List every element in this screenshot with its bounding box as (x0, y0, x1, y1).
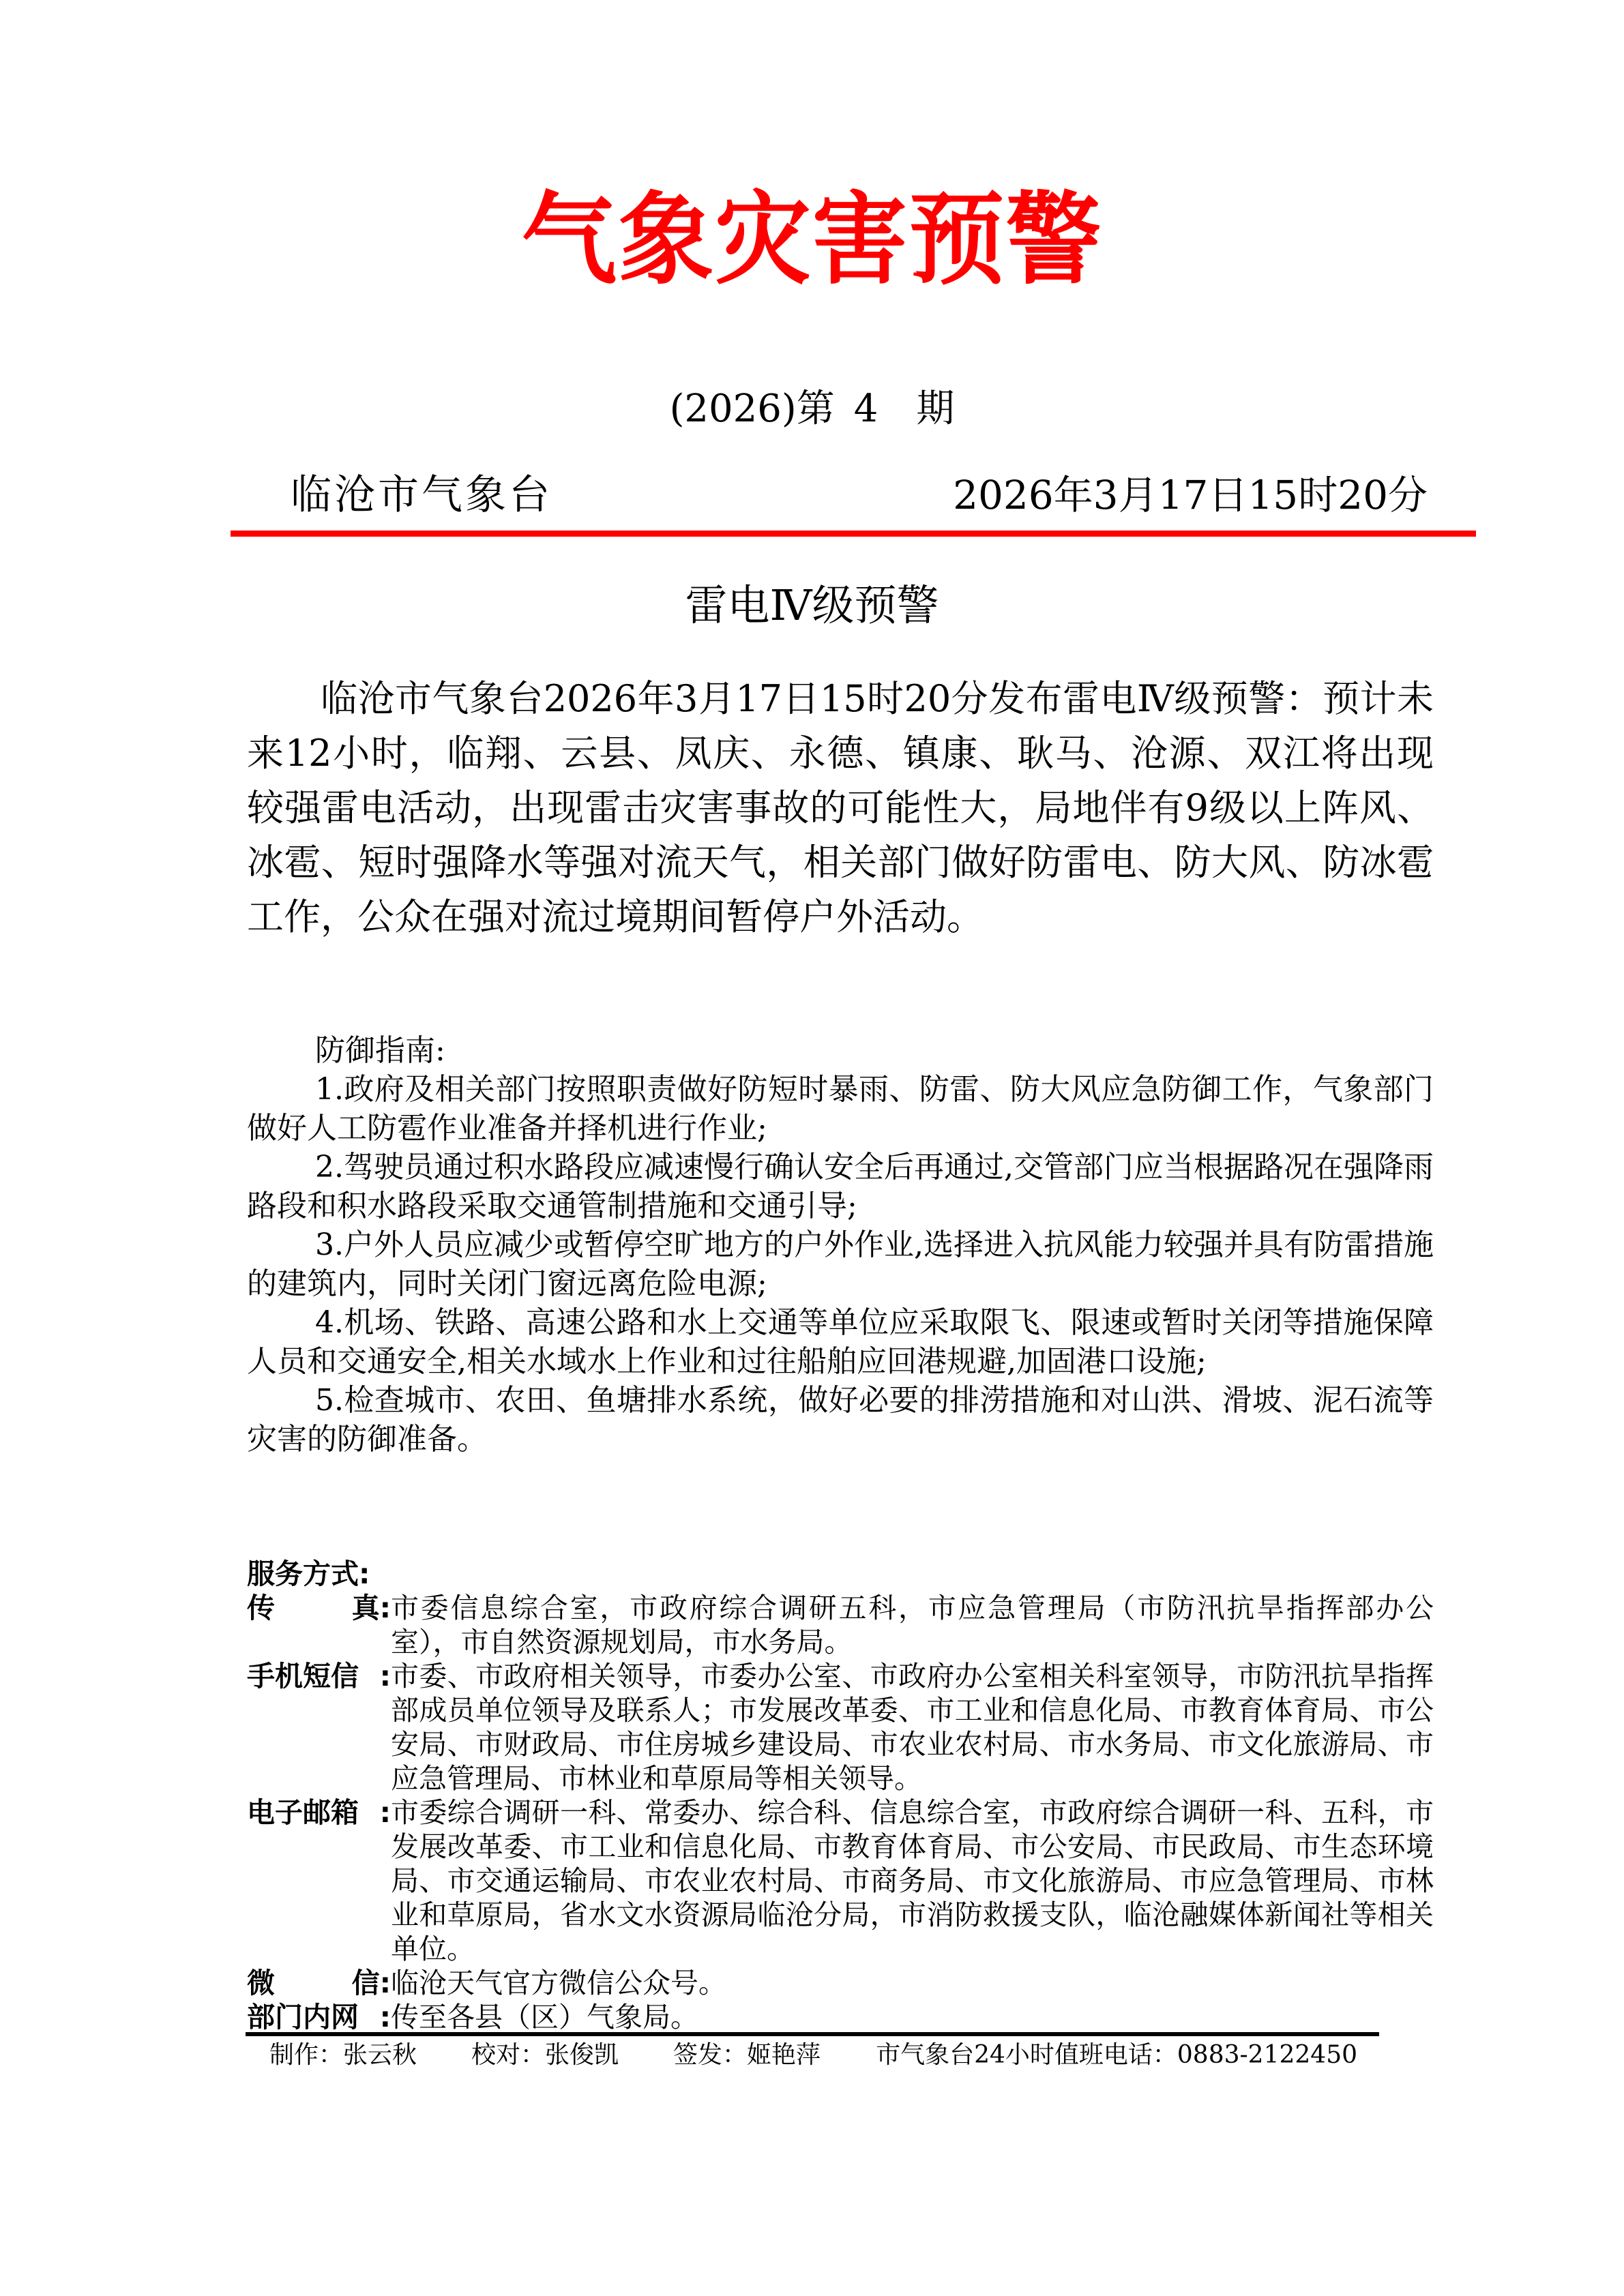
service-label: 微信: (247, 1966, 391, 2000)
service-section: 服务方式: 传真: 市委信息综合室，市政府综合调研五科，市应急管理局（市防汛抗旱… (247, 1557, 1434, 2034)
service-row-intranet: 部门内网: 传至各县（区）气象局。 (247, 2000, 1434, 2034)
service-text: 市委综合调研一科、常委办、综合科、信息综合室，市政府综合调研一科、五科，市发展改… (391, 1795, 1434, 1966)
service-heading: 服务方式: (247, 1557, 1434, 1591)
guide-item: 5.检查城市、农田、鱼塘排水系统，做好必要的排涝措施和对山洪、滑坡、泥石流等灾害… (247, 1381, 1434, 1459)
alert-title: 雷电Ⅳ级预警 (0, 578, 1624, 633)
issue-datetime: 2026年3月17日15时20分 (953, 468, 1428, 522)
alert-body: 临沧市气象台2026年3月17日15时20分发布雷电Ⅳ级预警：预计未来12小时，… (247, 672, 1434, 944)
issue-num: 4 (854, 382, 879, 436)
guide-item: 2.驾驶员通过积水路段应减速慢行确认安全后再通过,交管部门应当根据路况在强降雨路… (247, 1148, 1434, 1225)
service-label: 部门内网: (247, 2000, 391, 2034)
service-text: 传至各县（区）气象局。 (391, 2000, 1434, 2034)
issuing-org: 临沧市气象台 (291, 468, 552, 522)
service-row-wechat: 微信: 临沧天气官方微信公众号。 (247, 1966, 1434, 2000)
footer-issuer: 签发：姬艳萍 (673, 2038, 821, 2073)
issue-suffix: 期 (916, 382, 954, 436)
service-text: 市委、市政府相关领导，市委办公室、市政府办公室相关科室领导，市防汛抗旱指挥部成员… (391, 1659, 1434, 1795)
service-label: 电子邮箱: (247, 1795, 391, 1966)
footer: 制作：张云秋 校对：张俊凯 签发：姬艳萍 市气象台24小时值班电话：0883-2… (269, 2038, 1357, 2073)
issue-prefix: 第 (797, 382, 835, 436)
service-row-email: 电子邮箱: 市委综合调研一科、常委办、综合科、信息综合室，市政府综合调研一科、五… (247, 1795, 1434, 1966)
guide-heading: 防御指南: (247, 1031, 1434, 1070)
defense-guide: 防御指南: 1.政府及相关部门按照职责做好防短时暴雨、防雷、防大风应急防御工作，… (247, 1031, 1434, 1459)
guide-item: 3.户外人员应减少或暂停空旷地方的户外作业,选择进入抗风能力较强并具有防雷措施的… (247, 1225, 1434, 1303)
footer-divider (246, 2032, 1379, 2036)
footer-proofreader: 校对：张俊凯 (471, 2038, 619, 2073)
service-text: 市委信息综合室，市政府综合调研五科，市应急管理局（市防汛抗旱指挥部办公室），市自… (391, 1591, 1434, 1659)
service-text: 临沧天气官方微信公众号。 (391, 1966, 1434, 2000)
red-divider (231, 531, 1476, 537)
guide-item: 4.机场、铁路、高速公路和水上交通等单位应采取限飞、限速或暂时关闭等措施保障人员… (247, 1303, 1434, 1381)
service-label: 手机短信: (247, 1659, 391, 1795)
issue-number: (2026)第4期 (0, 382, 1624, 436)
footer-maker: 制作：张云秋 (269, 2038, 417, 2073)
footer-hotline: 市气象台24小时值班电话：0883-2122450 (876, 2038, 1357, 2073)
guide-item: 1.政府及相关部门按照职责做好防短时暴雨、防雷、防大风应急防御工作，气象部门做好… (247, 1070, 1434, 1148)
issue-year: (2026) (670, 382, 797, 436)
service-row-sms: 手机短信: 市委、市政府相关领导，市委办公室、市政府办公室相关科室领导，市防汛抗… (247, 1659, 1434, 1795)
masthead-title: 气象灾害预警 (0, 176, 1624, 305)
service-label: 传真: (247, 1591, 391, 1659)
service-row-fax: 传真: 市委信息综合室，市政府综合调研五科，市应急管理局（市防汛抗旱指挥部办公室… (247, 1591, 1434, 1659)
